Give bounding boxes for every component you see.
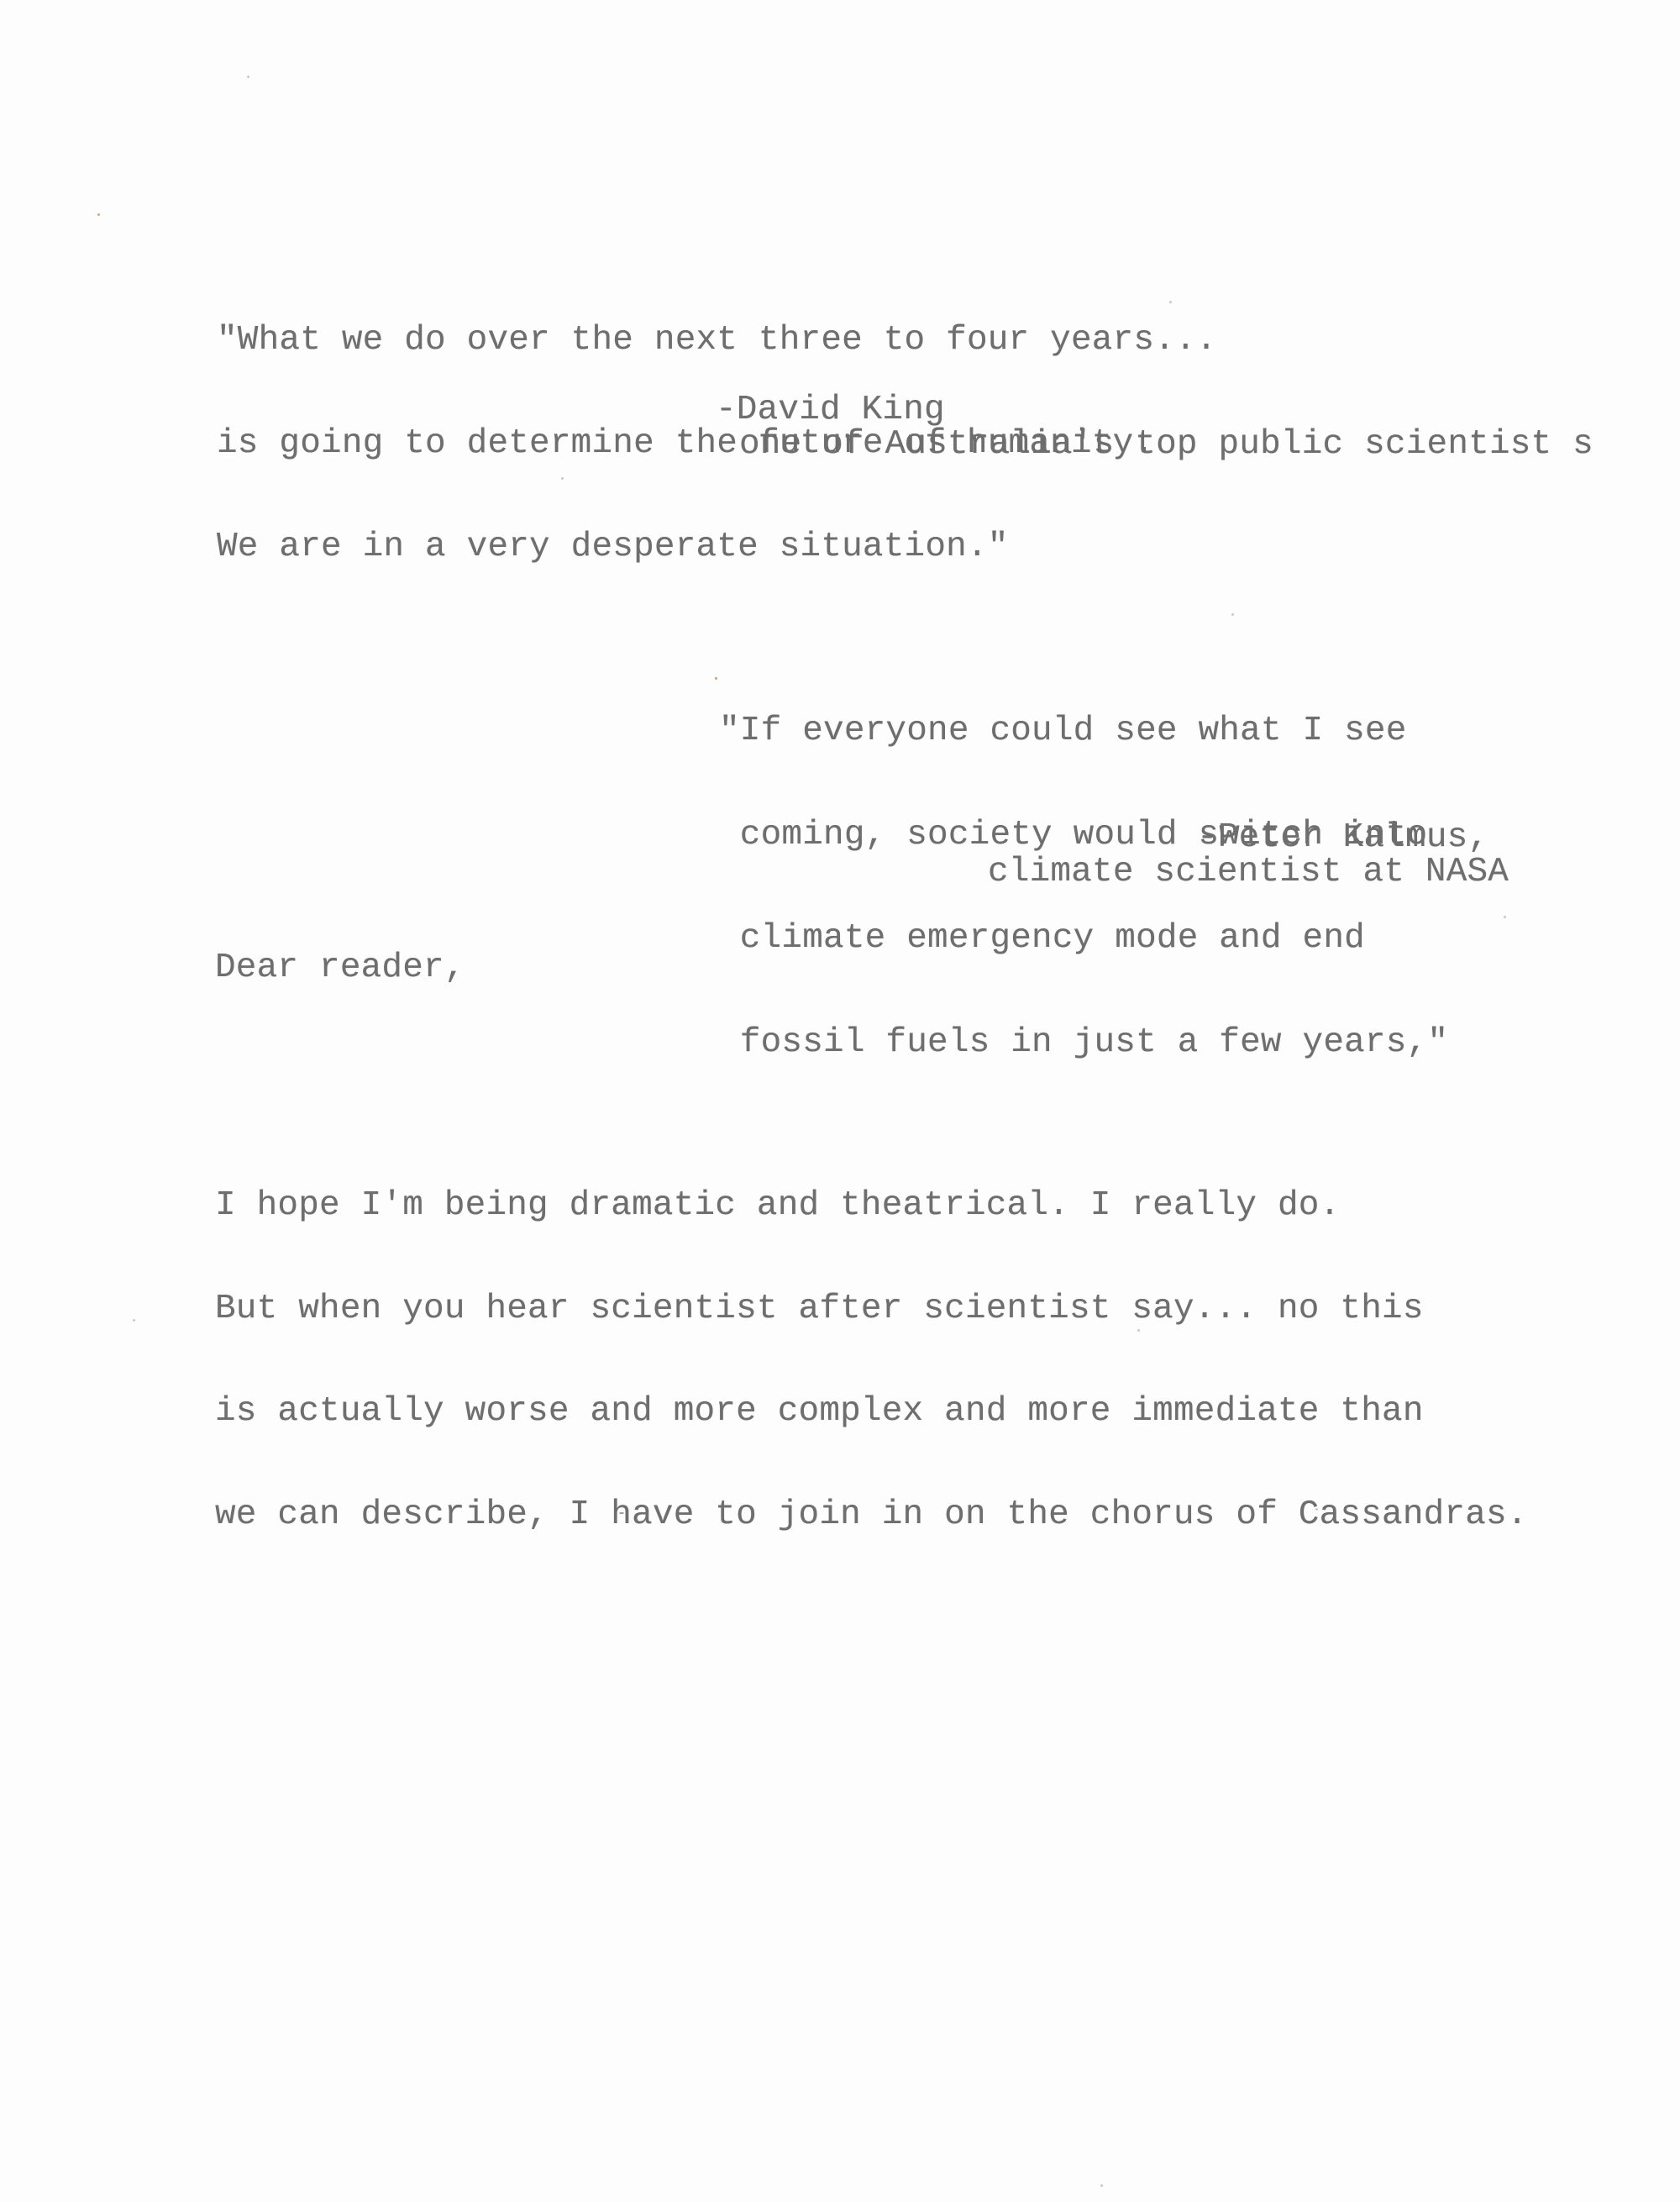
paper-speck [1231, 613, 1234, 616]
paper-speck [619, 1512, 624, 1514]
typewritten-page: "What we do over the next three to four … [0, 0, 1680, 2202]
paper-speck [715, 677, 717, 680]
paper-speck [1504, 916, 1506, 918]
paper-speck [133, 1319, 135, 1322]
salutation: Dear reader, [215, 951, 465, 985]
attribution-role: climate scientist at NASA [988, 855, 1509, 890]
body-line: is actually worse and more complex and m… [215, 1395, 1528, 1429]
body-line: we can describe, I have to join in on th… [215, 1498, 1528, 1532]
paper-speck [97, 213, 100, 216]
attribution-role: one of Australia's top public scientist … [739, 428, 1593, 462]
paper-speck [247, 76, 249, 78]
body-line: But when you hear scientist after scient… [215, 1292, 1528, 1327]
paper-speck [1315, 1508, 1318, 1511]
quote-line: fossil fuels in just a few years," [719, 1026, 1448, 1061]
paper-speck [1169, 301, 1172, 303]
attribution-name: -Peter Kalmus, [1197, 821, 1488, 855]
paper-speck [561, 477, 564, 480]
quote-line: "What we do over the next three to four … [217, 323, 1217, 358]
paper-speck [1100, 2184, 1103, 2187]
quote-line: climate emergency mode and end [719, 922, 1448, 957]
quote-line: "If everyone could see what I see [719, 714, 1448, 749]
quote-line: We are in a very desperate situation." [217, 530, 1217, 565]
body-paragraph: I hope I'm being dramatic and theatrical… [215, 1120, 1528, 1600]
body-line: I hope I'm being dramatic and theatrical… [215, 1189, 1528, 1223]
paper-speck [1137, 1329, 1140, 1332]
attribution-name: -David King [716, 393, 945, 428]
